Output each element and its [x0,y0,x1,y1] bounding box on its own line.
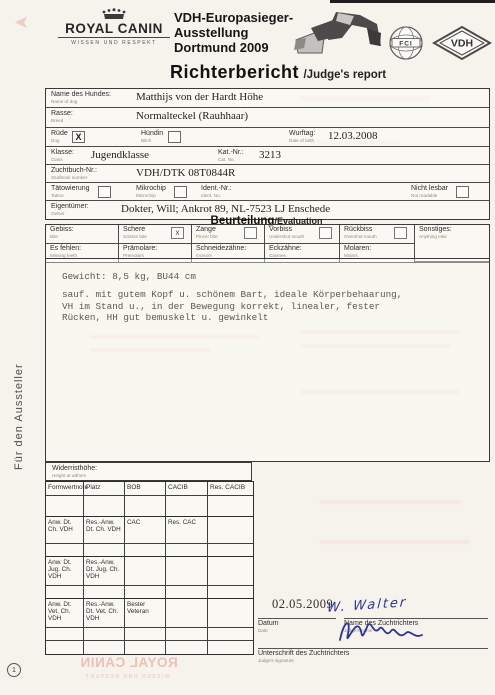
dog-name-value: Matthijs von der Hardt Höhe [136,91,263,103]
overshot-checkbox [394,227,407,239]
male-label: Rüde [51,130,68,138]
date-line [258,618,336,619]
bleed-through-tagline: WISSEN UND RESPEKT [84,674,170,680]
dogs-illustration [284,8,384,63]
birth-label: Wurftag: [289,130,315,138]
grade-row [46,496,253,517]
row-sex-birth: RüdeDog X HündinBitch Wurftag:Date of bi… [46,128,489,147]
scan-artifact [330,0,495,3]
breed-label: Rasse: [51,110,73,118]
empty-row [46,544,253,557]
owner-label: Eigentümer: [51,203,89,211]
scissor-checkbox: x [171,227,184,239]
vdh-logo: VDH [432,25,492,61]
class-label: Klasse: [51,149,74,157]
chip-label: Mikrochip [136,185,166,193]
overshot-cell: RückbissOvershot mouth [340,225,415,244]
unreadable-label: Nicht lesbar [411,185,448,193]
empty-row [46,628,253,641]
row-breed: Rasse:Breed Normalteckel (Rauhhaar) [46,108,489,128]
brand-tagline: WISSEN UND RESPEKT [54,40,174,46]
awards-header-row: Formwertnote Platz BOB CACIB Res. CACIB [46,482,253,496]
awards-table: Formwertnote Platz BOB CACIB Res. CACIB … [45,481,254,655]
pincer-checkbox [244,227,257,239]
male-checkbox: X [72,131,85,143]
female-label: Hündin [141,130,163,138]
report-title-en: /Judge's report [303,69,386,81]
cat-label: Kat.-Nr.: [218,149,244,157]
tattoo-label: Tätowierung [51,185,90,193]
remarks-box: Gewicht: 8,5 kg, BU44 cm sauf. mit gutem… [45,258,490,462]
report-title: Richterbericht /Judge's report [170,62,386,83]
brand-name: ROYAL CANIN [54,21,174,36]
svg-text:FCI: FCI [399,41,412,48]
royal-canin-logo: ROYAL CANIN WISSEN UND RESPEKT [54,8,174,46]
weight-line: Gewicht: 8,5 kg, BU44 cm [62,271,196,282]
exhibitor-copy-label: Für den Aussteller [13,278,25,470]
undershot-checkbox [319,227,332,239]
pincer-cell: ZangePincer bite [192,225,265,244]
birth-value: 12.03.2008 [328,130,378,142]
other-cell: Sonstiges:Anything else [415,225,489,262]
veteran-champion-row: Anw. Dt. Vet. Ch. VDH Res.-Anw. Dt. Vet.… [46,599,253,628]
date-value: 02.05.2009 [272,597,333,612]
ident-label: Ident.-Nr.: [201,185,232,193]
studbook-value: VDH/DTK 08T0844R [136,167,235,179]
brand-divider [58,37,170,38]
studbook-label: Zuchtbuch-Nr.: [51,167,97,175]
row-class-cat: Klasse:Class Jugendklasse Kat.-Nr.:Cat. … [46,147,489,165]
withers-label: Widerristhöhe: [52,465,97,473]
crown-icon [99,8,129,21]
bleed-through-logo: ROYAL CANIN [80,655,178,670]
empty-row [46,586,253,599]
date-label: Datum [258,620,279,628]
bite-cell: Gebiss:Bite [46,225,119,244]
junior-champion-row: Anw. Dt. Jug. Ch. VDH Res.-Anw. Dt. Jug.… [46,557,253,586]
dog-info-form: Name des Hundes:Name of dog Matthijs von… [45,88,490,220]
unreadable-checkbox [456,186,469,198]
class-value: Jugendklasse [91,149,149,161]
page-number-marker: 1 [7,663,21,677]
fci-logo: FCI [387,24,425,62]
empty-row [46,641,253,654]
report-title-de: Richterbericht [170,62,299,82]
signature-label: Unterschrift des Zuchtrichters [258,650,349,658]
female-checkbox [168,131,181,143]
champion-row: Anw. Dt. Ch. VDH Res.-Anw. Dt. Ch. VDH C… [46,517,253,544]
row-identification: TätowierungTattoo MikrochipMicrochip Ide… [46,183,489,201]
judge-remarks: sauf. mit gutem Kopf u. schönem Bart, id… [62,289,472,324]
cat-value: 3213 [259,149,281,161]
name-label: Name des Hundes: [51,91,111,99]
row-studbook: Zuchtbuch-Nr.:Studbook number VDH/DTK 08… [46,165,489,183]
chip-checkbox [174,186,187,198]
breed-value: Normalteckel (Rauhhaar) [136,110,248,122]
row-dog-name: Name des Hundes:Name of dog Matthijs von… [46,89,489,108]
signature-line [258,648,488,649]
undershot-cell: VorbissUndershot mouth [265,225,340,244]
svg-text:VDH: VDH [451,38,473,50]
judge-signature-scribble [334,612,429,652]
withers-box: Widerristhöhe:Height at withers [45,462,252,481]
scissor-cell: SchereScissor bitex [119,225,192,244]
tattoo-checkbox [98,186,111,198]
event-title: VDH-Europasieger- Ausstellung Dortmund 2… [174,10,293,55]
